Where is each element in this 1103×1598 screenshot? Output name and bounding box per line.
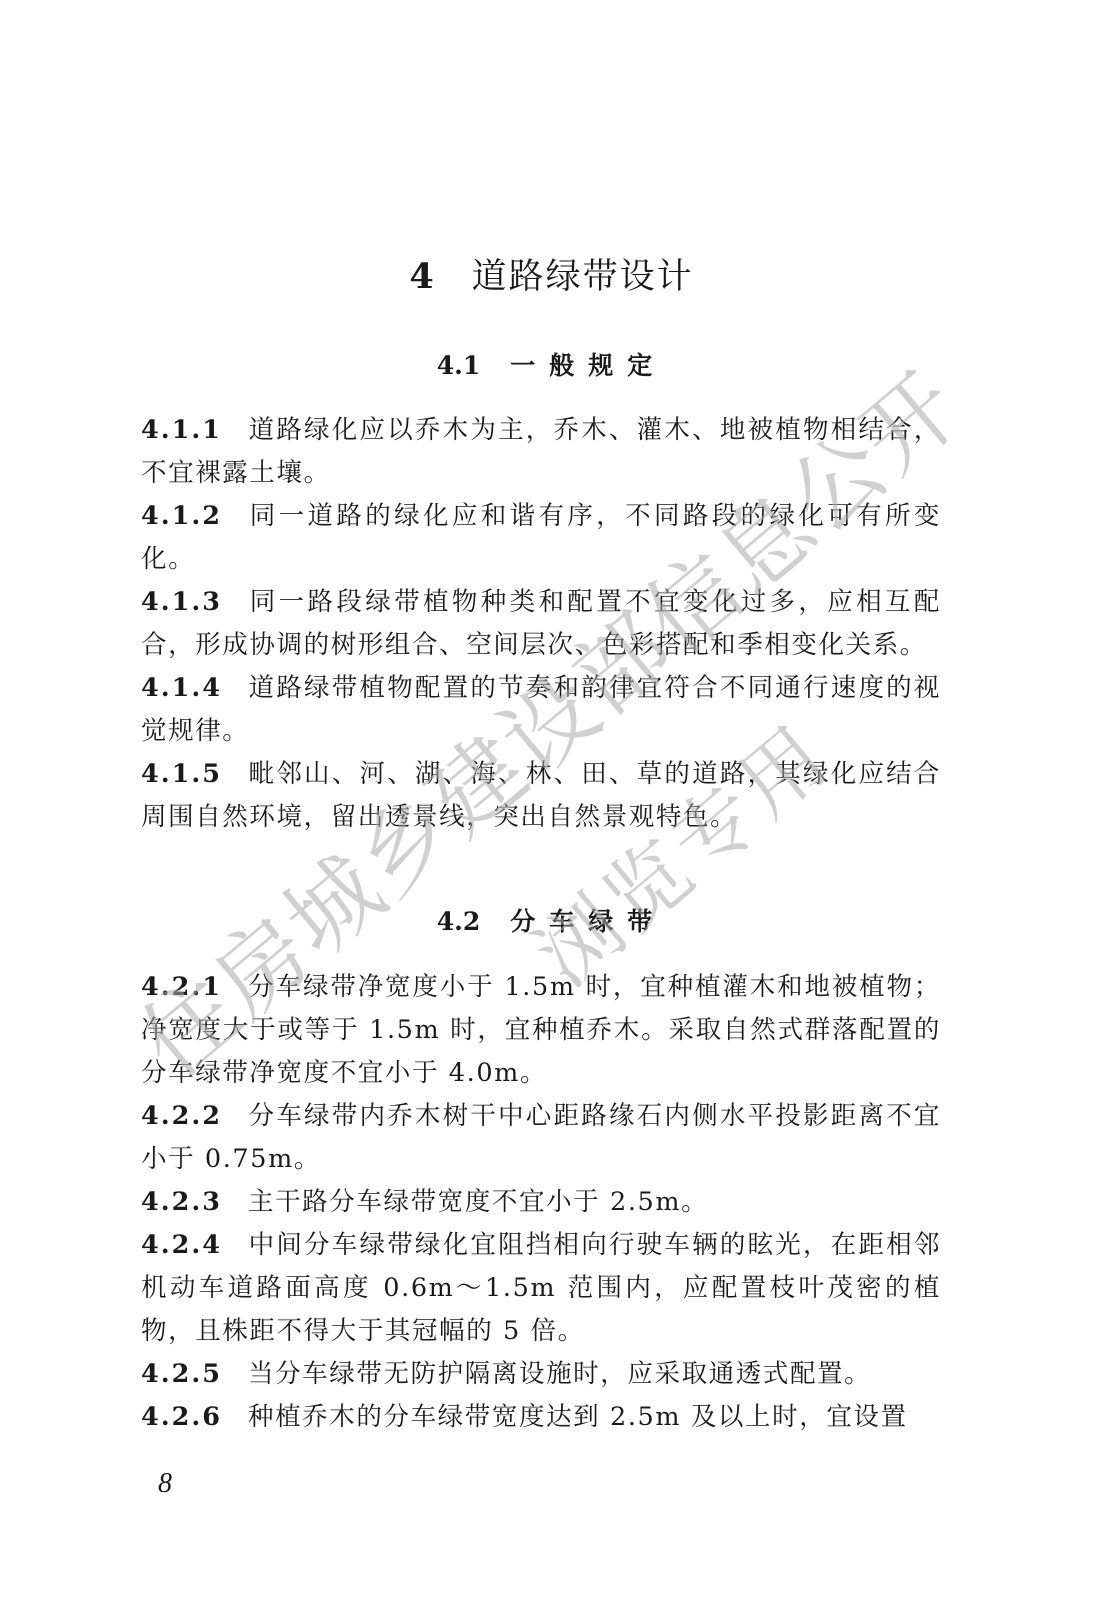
chapter-title-text: 道路绿带设计 — [472, 257, 694, 297]
clause-4-2-3: 4.2.3主干路分车绿带宽度不宜小于 2.5m。 — [141, 1181, 941, 1224]
clause-text: 道路绿带植物配置的节奏和韵律宜符合不同通行速度的视觉规律。 — [141, 673, 941, 746]
clause-text: 中间分车绿带绿化宜阻挡相向行驶车辆的眩光，在距相邻机动车道路面高度 0.6m～1… — [141, 1230, 941, 1346]
clause-text: 同一路段绿带植物种类和配置不宜变化过多，应相互配合，形成协调的树形组合、空间层次… — [141, 587, 941, 660]
clause-number: 4.2.4 — [141, 1230, 222, 1260]
clause-text: 同一道路的绿化应和谐有序，不同路段的绿化可有所变化。 — [141, 501, 941, 574]
document-page: 4道路绿带设计 4.1一般规定 4.1.1道路绿化应以乔木为主，乔木、灌木、地被… — [0, 0, 1103, 1598]
section-number: 4.2 — [437, 907, 481, 936]
clause-text: 毗邻山、河、湖、海、林、田、草的道路，其绿化应结合周围自然环境，留出透景线，突出… — [141, 759, 941, 832]
clause-text: 当分车绿带无防护隔离设施时，应采取通透式配置。 — [248, 1359, 871, 1389]
clause-4-1-5: 4.1.5毗邻山、河、湖、海、林、田、草的道路，其绿化应结合周围自然环境，留出透… — [141, 753, 941, 839]
clause-4-1-4: 4.1.4道路绿带植物配置的节奏和韵律宜符合不同通行速度的视觉规律。 — [141, 667, 941, 753]
clause-4-2-5: 4.2.5当分车绿带无防护隔离设施时，应采取通透式配置。 — [141, 1353, 941, 1396]
clause-number: 4.2.2 — [141, 1101, 222, 1131]
clause-number: 4.1.3 — [141, 587, 222, 617]
clause-number: 4.2.3 — [141, 1187, 222, 1217]
clause-number: 4.2.1 — [141, 972, 222, 1002]
clause-4-2-2: 4.2.2分车绿带内乔木树干中心距路缘石内侧水平投影距离不宜小于 0.75m。 — [141, 1095, 941, 1181]
section-number: 4.1 — [437, 351, 481, 380]
section-4-2-clauses: 4.2.1分车绿带净宽度小于 1.5m 时，宜种植灌木和地被植物；净宽度大于或等… — [141, 966, 941, 1439]
chapter-number: 4 — [409, 256, 435, 297]
section-4-1-clauses: 4.1.1道路绿化应以乔木为主，乔木、灌木、地被植物相结合，不宜裸露土壤。 4.… — [141, 409, 941, 839]
clause-4-2-1: 4.2.1分车绿带净宽度小于 1.5m 时，宜种植灌木和地被植物；净宽度大于或等… — [141, 966, 941, 1095]
clause-text: 分车绿带内乔木树干中心距路缘石内侧水平投影距离不宜小于 0.75m。 — [141, 1101, 941, 1174]
clause-number: 4.1.5 — [141, 759, 222, 789]
section-title-4-1: 4.1一般规定 — [0, 348, 1103, 384]
clause-number: 4.1.1 — [141, 415, 222, 445]
chapter-title: 4道路绿带设计 — [0, 252, 1103, 302]
clause-text: 主干路分车绿带宽度不宜小于 2.5m。 — [248, 1187, 708, 1217]
clause-4-1-2: 4.1.2同一道路的绿化应和谐有序，不同路段的绿化可有所变化。 — [141, 495, 941, 581]
section-title-text: 分车绿带 — [510, 907, 666, 936]
clause-text: 种植乔木的分车绿带宽度达到 2.5m 及以上时，宜设置 — [248, 1402, 908, 1432]
clause-number: 4.2.5 — [141, 1359, 222, 1389]
clause-4-1-3: 4.1.3同一路段绿带植物种类和配置不宜变化过多，应相互配合，形成协调的树形组合… — [141, 581, 941, 667]
clause-number: 4.2.6 — [141, 1402, 222, 1432]
section-title-4-2: 4.2分车绿带 — [0, 904, 1103, 940]
clause-text: 道路绿化应以乔木为主，乔木、灌木、地被植物相结合，不宜裸露土壤。 — [141, 415, 941, 488]
clause-number: 4.1.2 — [141, 501, 222, 531]
section-title-text: 一般规定 — [510, 351, 666, 380]
clause-4-2-6: 4.2.6种植乔木的分车绿带宽度达到 2.5m 及以上时，宜设置 — [141, 1396, 941, 1439]
clause-4-2-4: 4.2.4中间分车绿带绿化宜阻挡相向行驶车辆的眩光，在距相邻机动车道路面高度 0… — [141, 1224, 941, 1353]
page-number: 8 — [158, 1468, 172, 1500]
clause-number: 4.1.4 — [141, 673, 222, 703]
clause-4-1-1: 4.1.1道路绿化应以乔木为主，乔木、灌木、地被植物相结合，不宜裸露土壤。 — [141, 409, 941, 495]
clause-text: 分车绿带净宽度小于 1.5m 时，宜种植灌木和地被植物；净宽度大于或等于 1.5… — [141, 972, 941, 1088]
